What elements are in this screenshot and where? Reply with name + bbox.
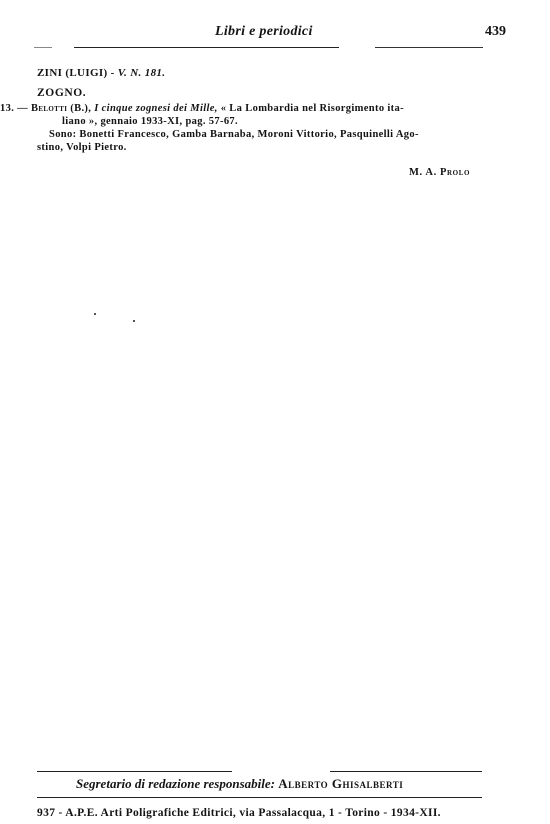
scan-speck <box>133 320 135 322</box>
header-rule-right <box>375 47 483 48</box>
entry-number: 13. — <box>0 103 28 114</box>
entry-zini-ref: V. N. 181. <box>118 67 166 79</box>
editor-credit: Segretario di redazione responsabile: Al… <box>76 776 403 792</box>
entry-line1-rest: « La Lombardia nel Risorgimento ita- <box>221 103 404 114</box>
editor-name: Alberto Ghisalberti <box>278 776 403 791</box>
entry-zogno-line3: Sono: Bonetti Francesco, Gamba Barnaba, … <box>49 128 419 141</box>
header-rule-left-dash <box>34 47 52 48</box>
scan-speck <box>94 313 96 315</box>
footer-rule-middle <box>37 797 482 798</box>
printer-imprint: 937 - A.P.E. Arti Poligrafiche Editrici,… <box>37 807 441 819</box>
entry-zini-sep: - <box>108 67 118 79</box>
author-signature: M. A. Prolo <box>409 167 470 178</box>
editor-credit-label: Segretario di redazione responsabile: <box>76 776 275 791</box>
page-number: 439 <box>485 24 506 40</box>
footer-rule-top-left <box>37 771 232 772</box>
running-title: Libri e periodici <box>215 24 313 40</box>
entry-zini-name: ZINI (LUIGI) <box>37 67 108 79</box>
entry-zogno-line4: stino, Volpi Pietro. <box>37 141 127 154</box>
entry-zogno-heading: ZOGNO. <box>37 87 86 99</box>
footer-rule-top-right <box>330 771 482 772</box>
entry-zogno-line2: liano », gennaio 1933-XI, pag. 57-67. <box>62 115 238 128</box>
header-rule-main <box>74 47 339 48</box>
entry-zogno-line1: 13. — Belotti (B.), I cinque zognesi dei… <box>0 102 404 115</box>
entry-author: Belotti (B.), <box>31 103 91 114</box>
entry-zini: ZINI (LUIGI) - V. N. 181. <box>37 67 165 80</box>
entry-title: I cinque zognesi dei Mille, <box>94 103 218 114</box>
